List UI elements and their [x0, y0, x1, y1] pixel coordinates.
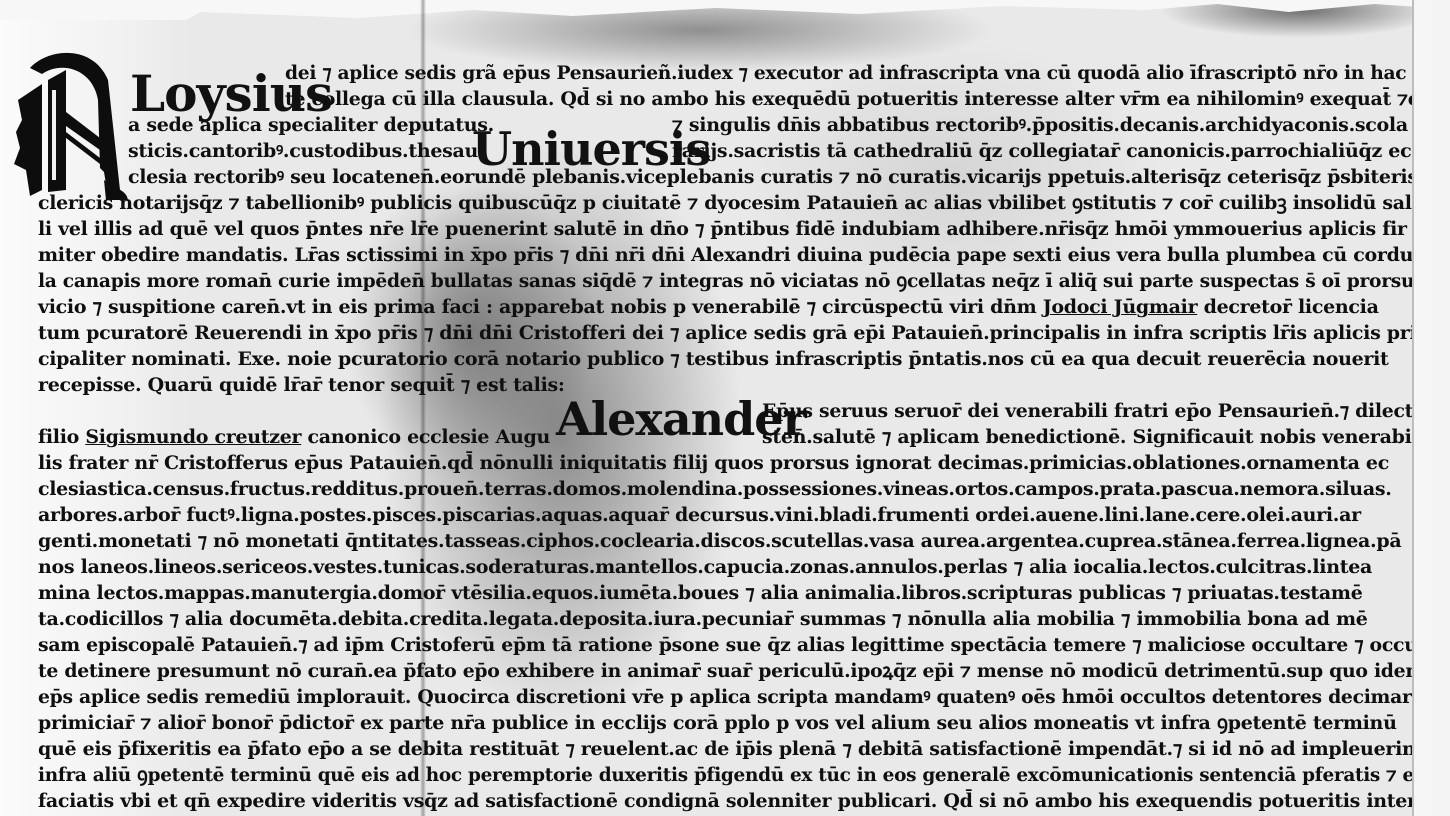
text-line: Ep̄us seruus seruor̄ dei venerabili frat… [762, 398, 1425, 424]
text-line: dei ⁊ aplice sedis grã ep̄us Pensaurieñ.… [285, 60, 1425, 86]
text-line: vicio ⁊ suspitione caren̄.vt in eis prim… [38, 294, 1379, 320]
text-line: filio Sigismundo creutzer canonico eccle… [38, 424, 550, 450]
underlined-phrase: Sigismundo creutzer [85, 426, 301, 448]
text-line: a sede aplica specialiter deputatus. [128, 112, 494, 138]
text-line: arbores.arbor̄ fuctꝰ.ligna.postes.pisces… [38, 502, 1361, 528]
text-line: clesiastica.census.fructus.redditus.prou… [38, 476, 1392, 502]
text-line: genti.monetati ⁊ nō monetati q̄ntitates.… [38, 528, 1401, 554]
text-line: nos laneos.lineos.sericeos.vestes.tunica… [38, 554, 1372, 580]
text-line: miter obedire mandatis. Lr̄as sctissimi … [38, 242, 1413, 268]
text-line: ta.codicillos ⁊ alia documēta.debita.cre… [38, 606, 1368, 632]
underlined-phrase: Jodoci Jūgmair [1043, 296, 1198, 318]
text-line: te collega cū illa clausula. Qd̄ si no a… [285, 86, 1425, 112]
text-line: clericis notarijsq̄z ⁊ tabellionibꝰ publ… [38, 190, 1425, 216]
text-line: primiciar̄ ⁊ alior̄ bonor̄ p̄dictor̄ ex … [38, 710, 1397, 736]
torn-top-edge [0, 0, 1432, 20]
document-page: Loysius Uniuersis Alexander dei ⁊ aplice… [0, 0, 1432, 816]
text-line: la canapis more roman̄ curie impēden̄ bu… [38, 268, 1424, 294]
text-line: sten̄.salutē ⁊ aplicam benedictionē. Sig… [762, 424, 1412, 450]
text-line: quē eis p̄fixeritis ea p̄fato ep̄o a se … [38, 736, 1424, 762]
text-line: ep̄s aplice sedis remediū implorauit. Qu… [38, 684, 1425, 710]
ornamental-initial-a-icon [8, 40, 128, 200]
text-line: rarijs.sacristis tā cathedraliū q̄z coll… [672, 138, 1411, 164]
text-line: clesia rectoribꝰ seu locatenen̄.eorundē … [128, 164, 1424, 190]
text-line: lis frater nr̄ Cristofferus ep̄us Pataui… [38, 450, 1389, 476]
text-line: tum pcuratorē Reuerendi in x̄po pr̄is ⁊ … [38, 320, 1416, 346]
text-line: te detinere presumunt nō curan̄.ea p̄fat… [38, 658, 1425, 684]
text-line: faciatis vbi et qn̄ expedire videritis v… [38, 788, 1417, 814]
page-right-edge [1412, 0, 1432, 816]
text-line: sticis.cantoribꝰ.custodibus.thesau [128, 138, 478, 164]
text-line: sam episcopalē Patauien̄.⁊ ad ip̄m Crist… [38, 632, 1424, 658]
text-line: ⁊ singulis dn̄is abbatibus rectoribꝰ.p̄p… [672, 112, 1408, 138]
text-line: cipaliter nominati. Exe. noie pcuratorio… [38, 346, 1389, 372]
text-line: li vel illis ad quē vel quos p̄ntes nr̄e… [38, 216, 1407, 242]
text-line: mina lectos.mappas.manutergia.domor̄ vtē… [38, 580, 1362, 606]
text-line: infra aliū ꝯpetentē terminū quē eis ad h… [38, 762, 1426, 788]
text-line: recepisse. Quarū quidē lr̄ar̄ tenor sequ… [38, 372, 565, 398]
